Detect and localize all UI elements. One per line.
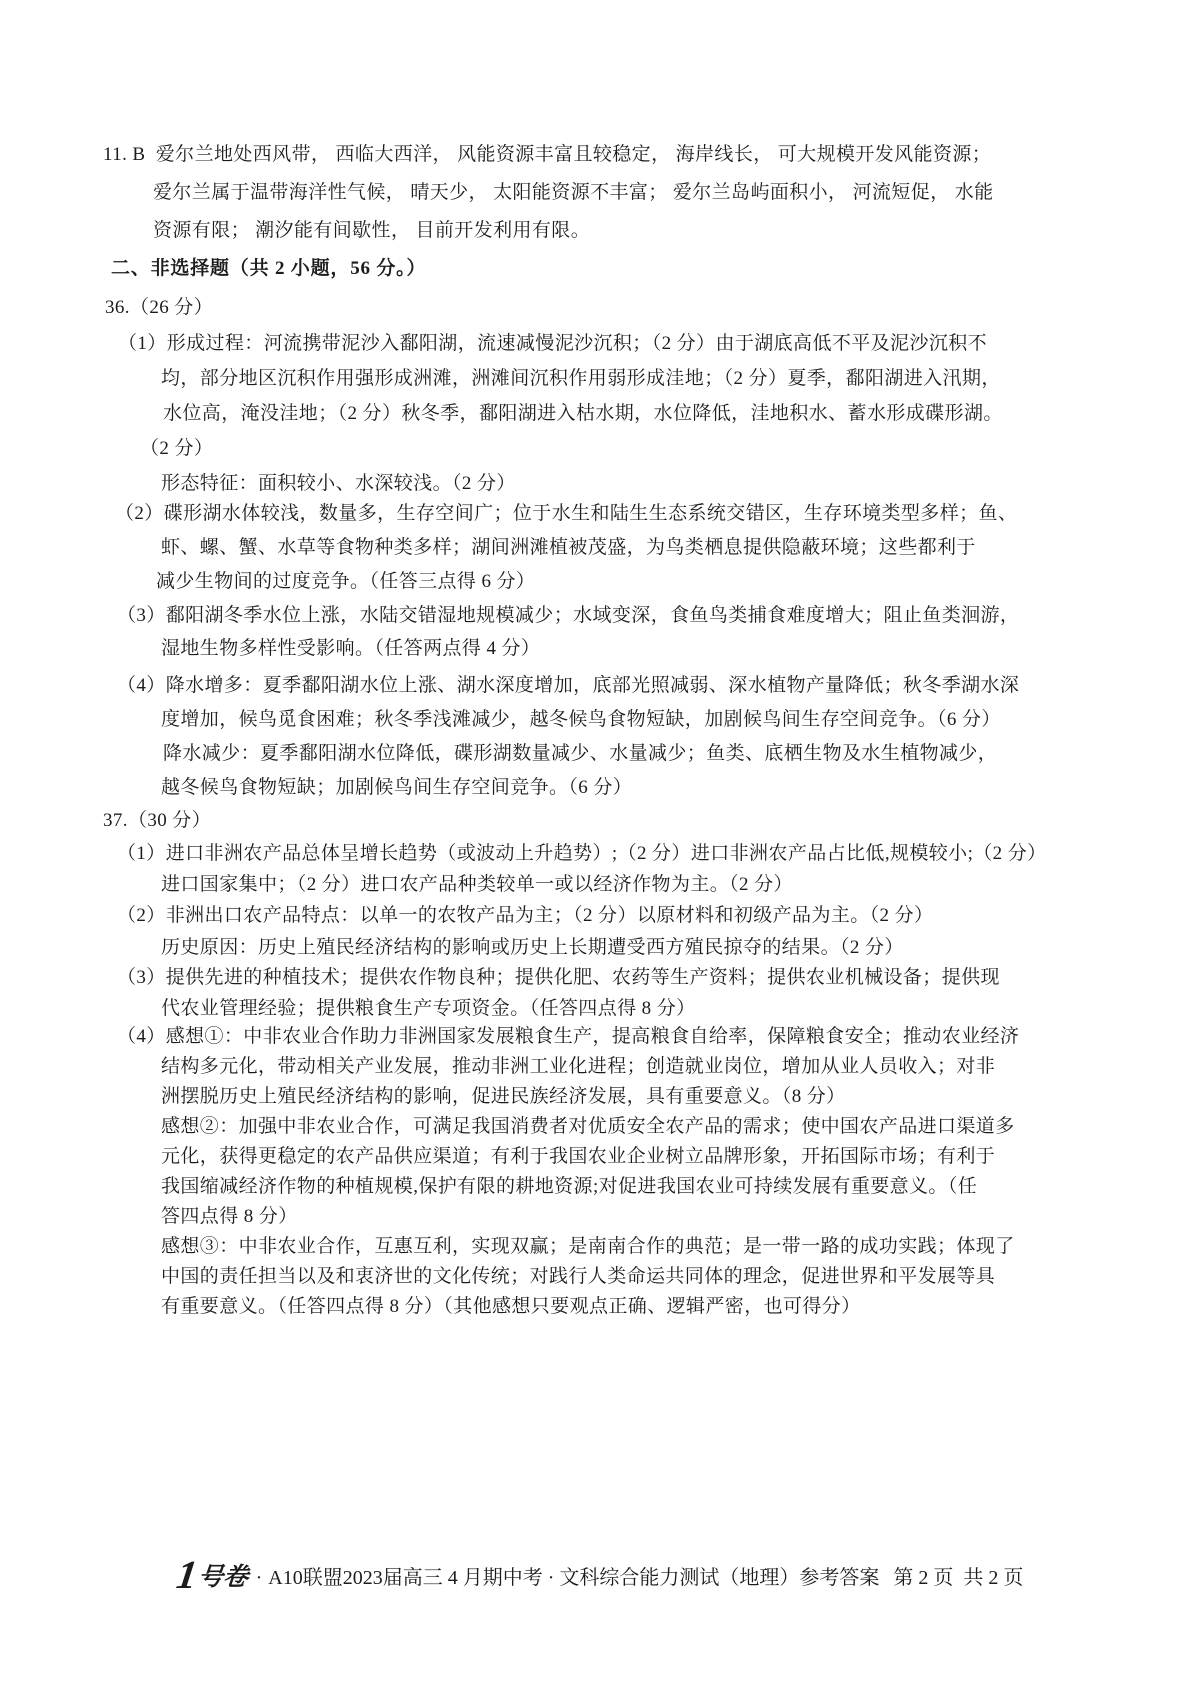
text-line: 有重要意义。（任答四点得 8 分）（其他感想只要观点正确、逻辑严密，也可得分）: [103, 1292, 1063, 1322]
page-indicator: 第 2 页 共 2 页: [893, 1565, 1023, 1592]
question-37-part-3: （3）提供先进的种植技术；提供农作物良种；提供化肥、农药等生产资料；提供农业机械…: [103, 962, 1063, 1024]
question-36-part-1: （1）形成过程：河流携带泥沙入鄱阳湖，流速减慢泥沙沉积；（2 分）由于湖底高低不…: [103, 326, 1063, 501]
question-36-heading: 36.（26 分）: [103, 291, 1063, 325]
question-37-heading: 37.（30 分）: [103, 805, 1063, 836]
text-line: （4）感想①：中非农业合作助力非洲国家发展粮食生产，提高粮食自给率，保障粮食安全…: [103, 1022, 1063, 1052]
text-line: 减少生物间的过度竞争。（任答三点得 6 分）: [103, 565, 1063, 599]
text-line: 37.（30 分）: [103, 805, 1063, 836]
brand-logo-suffix: 号卷: [196, 1564, 249, 1592]
text-line: （3）提供先进的种植技术；提供农作物良种；提供化肥、农药等生产资料；提供农业机械…: [103, 962, 1063, 993]
text-line: （2）碟形湖水体较浅，数量多，生存空间广；位于水生和陆生生态系统交错区，生存环境…: [103, 497, 1063, 531]
text-line: 感想②：加强中非农业合作，可满足我国消费者对优质安全农产品的需求；使中国农产品进…: [103, 1112, 1063, 1142]
text-line: 湿地生物多样性受影响。（任答两点得 4 分）: [103, 632, 1063, 665]
section-heading: 二、非选择题（共 2 小题，56 分。）: [103, 250, 1063, 288]
text-line: 爱尔兰属于温带海洋性气候， 晴天少， 太阳能资源不丰富； 爱尔兰岛屿面积小， 河…: [103, 174, 1063, 212]
text-line: （2 分）: [103, 431, 1063, 466]
text-line: 二、非选择题（共 2 小题，56 分。）: [103, 250, 1063, 288]
text-line: 虾、螺、蟹、水草等食物种类多样；湖间洲滩植被茂盛，为鸟类栖息提供隐蔽环境；这些都…: [103, 531, 1063, 565]
question-37-part-1: （1）进口非洲农产品总体呈增长趋势（或波动上升趋势）;（2 分）进口非洲农产品占…: [103, 838, 1063, 900]
answer-sheet-page: 11. B 爱尔兰地处西风带， 西临大西洋， 风能资源丰富且较稳定， 海岸线长，…: [0, 0, 1200, 1697]
question-36-part-3: （3）鄱阳湖冬季水位上涨，水陆交错湿地规模减少；水域变深，食鱼鸟类捕食难度增大；…: [103, 599, 1063, 665]
text-line: 11. B 爱尔兰地处西风带， 西临大西洋， 风能资源丰富且较稳定， 海岸线长，…: [103, 136, 1063, 174]
footer-separator-dot: ·: [256, 1565, 263, 1592]
text-line: 元化，获得更稳定的农产品供应渠道；有利于我国农业企业树立品牌形象，开拓国际市场；…: [103, 1142, 1063, 1172]
text-line: 感想③：中非农业合作，互惠互利，实现双赢；是南南合作的典范；是一带一路的成功实践…: [103, 1232, 1063, 1262]
text-line: （1）形成过程：河流携带泥沙入鄱阳湖，流速减慢泥沙沉积；（2 分）由于湖底高低不…: [103, 326, 1063, 361]
text-line: （1）进口非洲农产品总体呈增长趋势（或波动上升趋势）;（2 分）进口非洲农产品占…: [103, 838, 1063, 869]
text-line: 度增加，候鸟觅食困难；秋冬季浅滩减少，越冬候鸟食物短缺，加剧候鸟间生存空间竞争。…: [103, 703, 1063, 737]
text-line: （3）鄱阳湖冬季水位上涨，水陆交错湿地规模减少；水域变深，食鱼鸟类捕食难度增大；…: [103, 599, 1063, 632]
brand-logo-numeral: 1: [174, 1558, 199, 1592]
question-37-part-4: （4）感想①：中非农业合作助力非洲国家发展粮食生产，提高粮食自给率，保障粮食安全…: [103, 1022, 1063, 1322]
text-line: 答四点得 8 分）: [103, 1202, 1063, 1232]
text-line: 洲摆脱历史上殖民经济结构的影响，促进民族经济发展，具有重要意义。（8 分）: [103, 1082, 1063, 1112]
answer-item-11: 11. B 爱尔兰地处西风带， 西临大西洋， 风能资源丰富且较稳定， 海岸线长，…: [103, 136, 1063, 250]
text-line: 中国的责任担当以及和衷济世的文化传统；对践行人类命运共同体的理念，促进世界和平发…: [103, 1262, 1063, 1292]
text-line: 历史原因：历史上殖民经济结构的影响或历史上长期遭受西方殖民掠夺的结果。（2 分）: [103, 932, 1063, 964]
text-line: （2）非洲出口农产品特点：以单一的农牧产品为主；（2 分）以原材料和初级产品为主…: [103, 900, 1063, 932]
text-line: 形态特征：面积较小、水深较浅。（2 分）: [103, 466, 1063, 501]
page-footer: 1 号卷 · A10联盟2023届高三 4 月期中考 · 文科综合能力测试（地理…: [0, 1558, 1200, 1592]
question-36-part-4: （4）降水增多：夏季鄱阳湖水位上涨、湖水深度增加，底部光照减弱、深水植物产量降低…: [103, 669, 1063, 805]
footer-caption: A10联盟2023届高三 4 月期中考 · 文科综合能力测试（地理）参考答案: [268, 1565, 879, 1592]
text-line: 降水减少：夏季鄱阳湖水位降低，碟形湖数量减少、水量减少；鱼类、底栖生物及水生植物…: [103, 737, 1063, 771]
text-line: 代农业管理经验；提供粮食生产专项资金。（任答四点得 8 分）: [103, 993, 1063, 1024]
text-line: 水位高，淹没洼地；（2 分）秋冬季，鄱阳湖进入枯水期，水位降低，洼地积水、蓄水形…: [103, 396, 1063, 431]
text-line: 进口国家集中；（2 分）进口农产品种类较单一或以经济作物为主。（2 分）: [103, 869, 1063, 900]
text-line: 我国缩减经济作物的种植规模,保护有限的耕地资源;对促进我国农业可持续发展有重要意…: [103, 1172, 1063, 1202]
text-line: 36.（26 分）: [103, 291, 1063, 325]
text-line: 越冬候鸟食物短缺；加剧候鸟间生存空间竞争。（6 分）: [103, 771, 1063, 805]
question-37-part-2: （2）非洲出口农产品特点：以单一的农牧产品为主；（2 分）以原材料和初级产品为主…: [103, 900, 1063, 964]
text-line: 资源有限； 潮汐能有间歇性， 目前开发利用有限。: [103, 212, 1063, 250]
text-line: 结构多元化，带动相关产业发展，推动非洲工业化进程；创造就业岗位，增加从业人员收入…: [103, 1052, 1063, 1082]
text-line: 均，部分地区沉积作用强形成洲滩，洲滩间沉积作用弱形成洼地；（2 分）夏季，鄱阳湖…: [103, 361, 1063, 396]
question-36-part-2: （2）碟形湖水体较浅，数量多，生存空间广；位于水生和陆生生态系统交错区，生存环境…: [103, 497, 1063, 599]
text-line: （4）降水增多：夏季鄱阳湖水位上涨、湖水深度增加，底部光照减弱、深水植物产量降低…: [103, 669, 1063, 703]
